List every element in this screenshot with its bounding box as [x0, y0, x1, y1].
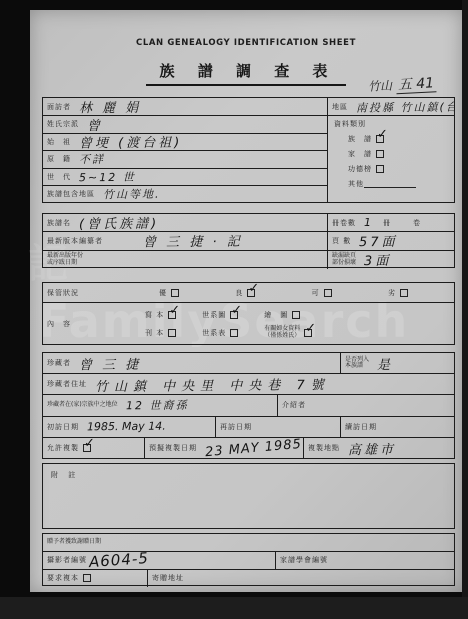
- copy-place-value: 高雄市: [348, 439, 396, 458]
- owner-name-row: 珍藏者 曾 三 捷 是否列入 本族譜 是: [43, 353, 454, 374]
- lineage-table-label: 世系表: [202, 328, 226, 338]
- surname-value: 曾: [87, 116, 103, 134]
- condition-option-label: 劣: [388, 288, 396, 298]
- thanks-date-row: 贈予者獲致謝贈日期: [43, 534, 454, 552]
- condition-fair: 可: [312, 288, 332, 298]
- followup-visit-label: 續訪日期: [345, 422, 377, 432]
- owner-name-label: 珍藏者: [47, 358, 71, 368]
- scanned-document: 記 FamilySearch CLAN GENEALOGY IDENTIFICA…: [0, 0, 468, 619]
- generations-label: 世 代: [47, 172, 71, 182]
- photographer-no-value: A604-5: [88, 549, 149, 571]
- manuscript-option: 寫 本 ✓: [145, 306, 176, 324]
- copy-permission-checkbox: ✓: [83, 444, 91, 452]
- region-label: 地區: [332, 102, 348, 112]
- admin-box: 贈予者獲致謝贈日期 攝影者編號 A604-5 家譜學會編號 要求複本: [42, 533, 455, 586]
- checkmark-icon: ✓: [169, 303, 180, 318]
- coverage-value: 竹山等地.: [103, 186, 161, 203]
- material-option-label: 族 譜: [348, 134, 372, 144]
- condition-excellent: 優: [159, 288, 179, 298]
- women-info-label: 有關婦女資料 （僅係姓氏）: [264, 326, 300, 339]
- compiler-label: 最新版本編纂者: [47, 236, 103, 246]
- pages-value: 57面: [359, 232, 398, 249]
- owner-position-row: 珍藏者在(家)宗族中之地位 12 世裔孫 介紹者: [43, 395, 454, 416]
- generations-row: 世 代 5~12 世: [43, 169, 327, 187]
- owner-position-value: 12 世裔孫: [126, 397, 189, 414]
- content-row: 內 容 寫 本 ✓ 刊 本: [43, 303, 454, 345]
- lineage-chart-label: 世系圖: [202, 310, 226, 320]
- scan-bottom-band: [0, 597, 468, 619]
- checkmark-icon: ✓: [248, 281, 259, 296]
- lineage-table-checkbox: [230, 329, 238, 337]
- copy-request-checkbox: [83, 574, 91, 582]
- copy-request-row: 要求複本 寄贈地址: [43, 570, 454, 588]
- owner-address-row: 珍藏者住址 竹山鎮 中央里 中央巷 7號: [43, 374, 454, 395]
- material-type-column: 資料類別 族 譜 ✓ 家 譜 功德榜 其他: [328, 116, 454, 203]
- owner-name-cell: 珍藏者 曾 三 捷: [43, 353, 341, 373]
- printed-checkbox: [168, 329, 176, 337]
- volumes-unit-ce: 冊: [383, 218, 391, 228]
- copy-permission-cell: 允許複製 ✓: [43, 438, 145, 459]
- condition-options: 優 良 ✓ 可 劣: [131, 288, 454, 298]
- handwritten-page-note: 竹山 五 41: [367, 72, 436, 96]
- generations-value: 5~12 世: [79, 169, 136, 185]
- content-options: 寫 本 ✓ 刊 本 世系圖 ✓: [131, 306, 454, 342]
- excellent-checkbox: [171, 289, 179, 297]
- family-genealogy-checkbox: [376, 150, 384, 158]
- society-no-label: 家譜學會編號: [280, 555, 328, 565]
- illustrations-checkbox: [292, 311, 300, 319]
- illustrations-label: 繪 圖: [264, 310, 288, 320]
- page-note-prefix: 竹山: [368, 79, 393, 94]
- publish-date-label: 最新出版年份 或序跋日期: [47, 253, 83, 266]
- notes-box: 附 註: [42, 463, 455, 529]
- compiler-value: 曾 三 捷 · 記: [143, 232, 243, 249]
- volumes-label: 冊卷數: [332, 218, 356, 228]
- condition-good: 良 ✓: [235, 288, 255, 298]
- good-checkbox: ✓: [247, 289, 255, 297]
- form-title: 族 譜 調 查 表: [146, 60, 347, 86]
- coverage-row: 族譜包含地區 竹山等地.: [43, 186, 327, 203]
- in-genealogy-value: 是: [377, 354, 393, 373]
- english-header: CLAN GENEALOGY IDENTIFICATION SHEET: [30, 38, 462, 48]
- copy-date-label: 預擬複製日期: [149, 443, 197, 453]
- copy-permission-label: 允許複製: [47, 443, 79, 453]
- owner-address-label: 珍藏者住址: [47, 379, 87, 389]
- condition-label-cell: 保管狀況: [43, 283, 131, 302]
- content-label: 內 容: [47, 319, 71, 329]
- form-paper: 記 FamilySearch CLAN GENEALOGY IDENTIFICA…: [30, 10, 462, 592]
- first-visit-label: 初訪日期: [47, 422, 79, 432]
- visit-dates-row: 初訪日期 1985. May 14. 再訪日期 續訪日期: [43, 417, 454, 438]
- checkmark-icon: ✓: [305, 321, 316, 336]
- photographer-no-cell: 攝影者編號 A604-5: [43, 552, 276, 569]
- checkmark-icon: ✓: [377, 127, 388, 142]
- clan-genealogy-checkbox: ✓: [376, 135, 384, 143]
- followup-visit-cell: 續訪日期: [341, 417, 454, 437]
- missing-pages-label: 缺漏缺頁 部份損壞: [332, 253, 356, 266]
- origin-label: 原 籍: [47, 154, 71, 164]
- material-option-label: 功德榜: [348, 164, 372, 174]
- condition-option-label: 可: [312, 288, 320, 298]
- printed-option: 刊 本: [145, 324, 176, 342]
- thanks-date-cell: 贈予者獲致謝贈日期: [43, 534, 454, 551]
- in-genealogy-cell: 是否列入 本族譜 是: [341, 353, 454, 373]
- copy-date-cell: 預擬複製日期 23 MAY 1985: [145, 438, 304, 459]
- volumes-value: 1: [364, 216, 373, 229]
- other-blank-line: [364, 180, 416, 188]
- mail-address-cell: 寄贈地址: [148, 570, 454, 588]
- coverage-label: 族譜包含地區: [47, 189, 95, 199]
- content-label-cell: 內 容: [43, 303, 131, 345]
- publish-date-label-line2: 或序跋日期: [47, 260, 83, 267]
- manuscript-label: 寫 本: [145, 310, 164, 320]
- content-col-1: 寫 本 ✓ 刊 本: [145, 306, 176, 342]
- copy-place-cell: 複製地點 高雄市: [304, 438, 454, 459]
- checkmark-icon: ✓: [231, 303, 242, 318]
- interviewer-cell: 面訪者 林 麗 娟: [43, 98, 328, 115]
- copy-request-label: 要求複本: [47, 573, 79, 583]
- in-genealogy-label-line2: 本族譜: [345, 363, 369, 370]
- interviewer-label: 面訪者: [47, 102, 71, 112]
- lineage-chart-checkbox: ✓: [230, 311, 238, 319]
- owner-position-label: 珍藏者在(家)宗族中之地位: [47, 402, 118, 409]
- surname-label: 姓氏宗派: [47, 119, 79, 129]
- material-type-label: 資料類別: [334, 119, 448, 129]
- condition-row: 保管狀況 優 良 ✓ 可 劣: [43, 283, 454, 303]
- missing-pages-cell: 缺漏缺頁 部份損壞 3面: [328, 251, 454, 269]
- survey-body: 姓氏宗派 曾 始 祖 曾埂 (渡台祖) 原 籍 不詳 世 代 5~12 世: [43, 116, 454, 203]
- pages-label: 頁 數: [332, 236, 351, 246]
- thanks-date-label: 贈予者獲致謝贈日期: [47, 539, 101, 546]
- mail-address-label: 寄贈地址: [152, 573, 184, 583]
- book-title-row: 族譜名 (曾氏族譜) 冊卷數 1 冊 卷: [43, 214, 454, 232]
- introducer-label: 介紹者: [282, 400, 306, 410]
- merit-board-checkbox: [376, 165, 384, 173]
- book-title-cell: 族譜名 (曾氏族譜): [43, 214, 328, 231]
- poor-checkbox: [400, 289, 408, 297]
- material-option-label: 其他: [348, 179, 364, 189]
- condition-label: 保管狀況: [47, 288, 79, 298]
- compiler-row: 最新版本編纂者 曾 三 捷 · 記 頁 數 57面: [43, 232, 454, 250]
- region-cell: 地區 南投縣 竹山鎮(台灣省): [328, 98, 454, 115]
- first-ancestor-label: 始 祖: [47, 137, 71, 147]
- manuscript-checkbox: ✓: [168, 311, 176, 319]
- missing-pages-value: 3面: [364, 251, 391, 269]
- second-visit-cell: 再訪日期: [216, 417, 341, 437]
- numbers-row: 攝影者編號 A604-5 家譜學會編號: [43, 552, 454, 570]
- first-ancestor-row: 始 祖 曾埂 (渡台祖): [43, 134, 327, 152]
- survey-left-column: 姓氏宗派 曾 始 祖 曾埂 (渡台祖) 原 籍 不詳 世 代 5~12 世: [43, 116, 328, 203]
- owner-address-value: 竹山鎮 中央里 中央巷 7號: [95, 374, 330, 394]
- first-visit-value: 1985. May 14.: [87, 420, 166, 434]
- material-option-label: 家 譜: [348, 149, 372, 159]
- scan-right-edge: [462, 0, 468, 619]
- page-note-number: 五 41: [395, 75, 436, 94]
- pages-cell: 頁 數 57面: [328, 232, 454, 249]
- lineage-chart-option: 世系圖 ✓: [202, 306, 238, 324]
- interviewer-row: 面訪者 林 麗 娟 地區 南投縣 竹山鎮(台灣省): [43, 98, 454, 116]
- material-option-merit-board: 功德榜: [334, 164, 448, 174]
- material-option-other: 其他: [334, 179, 448, 189]
- book-info-box: 族譜名 (曾氏族譜) 冊卷數 1 冊 卷 最新版本編纂者 曾 三 捷 · 記 頁…: [42, 213, 455, 268]
- photographer-no-label: 攝影者編號: [47, 555, 87, 565]
- condition-poor: 劣: [388, 288, 408, 298]
- publish-date-cell: 最新出版年份 或序跋日期: [43, 251, 328, 269]
- surname-row: 姓氏宗派 曾: [43, 116, 327, 134]
- in-genealogy-label: 是否列入 本族譜: [345, 357, 369, 370]
- introducer-cell: 介紹者: [278, 395, 454, 415]
- volumes-unit-juan: 卷: [413, 218, 421, 228]
- book-title-value: (曾氏族譜): [79, 214, 159, 231]
- women-info-option: 有關婦女資料 （僅係姓氏） ✓: [264, 324, 312, 342]
- condition-option-label: 優: [159, 288, 167, 298]
- content-col-3: 繪 圖 有關婦女資料 （僅係姓氏） ✓: [264, 306, 312, 342]
- fair-checkbox: [324, 289, 332, 297]
- women-info-checkbox: ✓: [304, 329, 312, 337]
- survey-info-box: 面訪者 林 麗 娟 地區 南投縣 竹山鎮(台灣省) 姓氏宗派 曾 始 祖 曾埂: [42, 97, 455, 203]
- owner-box: 珍藏者 曾 三 捷 是否列入 本族譜 是 珍藏者住址 竹山鎮 中央里 中央巷 7…: [42, 352, 455, 459]
- copy-place-label: 複製地點: [308, 443, 340, 453]
- content-col-2: 世系圖 ✓ 世系表: [202, 306, 238, 342]
- notes-label: 附 註: [51, 470, 79, 480]
- copy-request-cell: 要求複本: [43, 570, 148, 588]
- owner-position-cell: 珍藏者在(家)宗族中之地位 12 世裔孫: [43, 395, 278, 415]
- publish-date-row: 最新出版年份 或序跋日期 缺漏缺頁 部份損壞 3面: [43, 251, 454, 269]
- origin-row: 原 籍 不詳: [43, 151, 327, 169]
- origin-value: 不詳: [79, 151, 105, 167]
- missing-label-line2: 部份損壞: [332, 260, 356, 267]
- copy-date-value: 23 MAY 1985: [205, 437, 303, 460]
- first-ancestor-value: 曾埂 (渡台祖): [79, 134, 182, 152]
- region-value: 南投縣 竹山鎮(台灣省): [356, 98, 454, 115]
- copy-row: 允許複製 ✓ 預擬複製日期 23 MAY 1985 複製地點 高雄市: [43, 438, 454, 459]
- condition-option-label: 良: [235, 288, 243, 298]
- book-title-label: 族譜名: [47, 218, 71, 228]
- second-visit-label: 再訪日期: [220, 422, 252, 432]
- checkmark-icon: ✓: [84, 438, 95, 452]
- printed-label: 刊 本: [145, 328, 164, 338]
- women-info-label-line2: （僅係姓氏）: [264, 333, 300, 340]
- condition-content-box: 保管狀況 優 良 ✓ 可 劣: [42, 282, 455, 345]
- owner-address-cell: 珍藏者住址 竹山鎮 中央里 中央巷 7號: [43, 374, 454, 394]
- first-visit-cell: 初訪日期 1985. May 14.: [43, 417, 216, 437]
- owner-name-value: 曾 三 捷: [79, 353, 141, 373]
- material-option-family-genealogy: 家 譜: [334, 149, 448, 159]
- material-option-clan-genealogy: 族 譜 ✓: [334, 134, 448, 144]
- volumes-cell: 冊卷數 1 冊 卷: [328, 214, 454, 231]
- compiler-cell: 最新版本編纂者 曾 三 捷 · 記: [43, 232, 328, 249]
- society-no-cell: 家譜學會編號: [276, 552, 454, 569]
- lineage-table-option: 世系表: [202, 324, 238, 342]
- interviewer-value: 林 麗 娟: [79, 98, 141, 115]
